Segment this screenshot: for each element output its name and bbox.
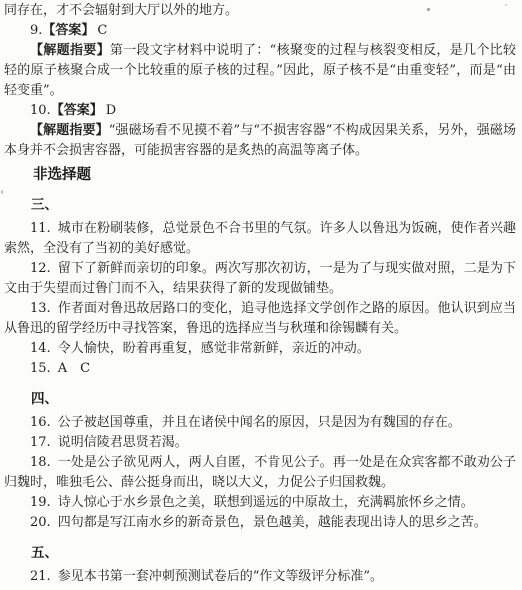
answer-item-20: 20.四句都是写江南水乡的新奇景色，景色越美，越能表现出诗人的思乡之苦。	[4, 513, 516, 533]
item-text: 一处是公子欲见两人，两人自匿，不肯见公子。再一处是在众宾客都不敢劝公子归魏时，唯…	[4, 455, 516, 490]
explanation-10: 【解题指要】“强磁场看不见摸不着”与“不损害容器”不构成因果关系，另外，强磁场本…	[4, 121, 516, 161]
item-number: 11.	[30, 221, 51, 236]
answer-item-14: 14.令人愉快，盼着再重复，感觉非常新鲜，亲近的冲动。	[4, 339, 516, 359]
item-text: A C	[58, 361, 90, 376]
item-number: 10.	[30, 103, 51, 118]
item-number: 17.	[30, 435, 51, 450]
item-number: 18.	[30, 455, 51, 470]
scan-speck	[505, 4, 507, 6]
item-number: 13.	[30, 301, 51, 316]
answer-line-10: 10.【答案】D	[4, 101, 516, 121]
document-page: 同存在，才不会辐射到大厅以外的地方。 9.【答案】C 【解题指要】第一段文字材料…	[0, 0, 522, 590]
section-marker-three: 三、	[4, 195, 516, 215]
item-number: 15.	[30, 361, 51, 376]
item-number: 21.	[30, 569, 51, 584]
item-text: 参见本书第一套冲刺预测试卷后的“作文等级评分标准”。	[58, 569, 383, 584]
explanation-9: 【解题指要】第一段文字材料中说明了：“核聚变的过程与核裂变相反，是几个比较轻的原…	[4, 41, 516, 101]
section-heading-non-multiple-choice: 非选择题	[4, 165, 516, 185]
item-number: 12.	[30, 261, 51, 276]
answer-item-16: 16.公子被赵国尊重，并且在诸侯中闻名的原因，只是因为有魏国的存在。	[4, 413, 516, 433]
answer-item-18: 18.一处是公子欲见两人，两人自匿，不肯见公子。再一处是在众宾客都不敢劝公子归魏…	[4, 453, 516, 493]
item-number: 14.	[30, 341, 51, 356]
section-marker-four: 四、	[4, 389, 516, 409]
item-text: 留下了新鲜而亲切的印象。两次写那次初访，一是为了与现实做对照，二是为下文由于失望…	[4, 261, 516, 296]
item-text: 诗人惊心于水乡景色之美，联想到遥远的中原故土，充满羁旅怀乡之情。	[58, 495, 474, 510]
item-number: 9.	[30, 23, 42, 38]
answer-letter: C	[97, 23, 107, 38]
explain-label: 【解题指要】	[30, 123, 109, 138]
item-text: 作者面对鲁迅故居路口的变化，追寻他选择文学创作之路的原因。他认识到应当从鲁迅的留…	[4, 301, 516, 336]
item-text: 令人愉快，盼着再重复，感觉非常新鲜，亲近的冲动。	[58, 341, 370, 356]
answer-item-12: 12.留下了新鲜而亲切的印象。两次写那次初访，一是为了与现实做对照，二是为下文由…	[4, 259, 516, 299]
explain-label: 【解题指要】	[30, 43, 110, 58]
section-marker-five: 五、	[4, 543, 516, 563]
scan-speck	[1, 190, 3, 194]
item-number: 19.	[30, 495, 51, 510]
continuation-text: 同存在，才不会辐射到大厅以外的地方。	[4, 3, 238, 18]
answer-item-15: 15.A C	[4, 359, 516, 379]
item-text: 公子被赵国尊重，并且在诸侯中闻名的原因，只是因为有魏国的存在。	[58, 415, 461, 430]
answer-label: 【答案】	[42, 23, 94, 38]
item-text: 城市在粉刷装修，总觉景色不合书里的气氛。许多人以鲁迅为饭碗，使作者兴趣索然，全没…	[4, 221, 516, 256]
item-number: 16.	[30, 415, 51, 430]
answer-letter: D	[106, 103, 116, 118]
item-text: 说明信陵君思贤若渴。	[58, 435, 188, 450]
paragraph-continuation: 同存在，才不会辐射到大厅以外的地方。	[4, 1, 516, 21]
item-number: 20.	[30, 515, 51, 530]
answer-item-17: 17.说明信陵君思贤若渴。	[4, 433, 516, 453]
item-text: 四句都是写江南水乡的新奇景色，景色越美，越能表现出诗人的思乡之苦。	[58, 515, 487, 530]
answer-label: 【答案】	[51, 103, 103, 118]
answer-item-13: 13.作者面对鲁迅故居路口的变化，追寻他选择文学创作之路的原因。他认识到应当从鲁…	[4, 299, 516, 339]
answer-line-9: 9.【答案】C	[4, 21, 516, 41]
answer-item-21: 21.参见本书第一套冲刺预测试卷后的“作文等级评分标准”。	[4, 567, 516, 587]
scan-speck	[427, 8, 430, 11]
answer-item-19: 19.诗人惊心于水乡景色之美，联想到遥远的中原故土，充满羁旅怀乡之情。	[4, 493, 516, 513]
answer-item-11: 11.城市在粉刷装修，总觉景色不合书里的气氛。许多人以鲁迅为饭碗，使作者兴趣索然…	[4, 219, 516, 259]
